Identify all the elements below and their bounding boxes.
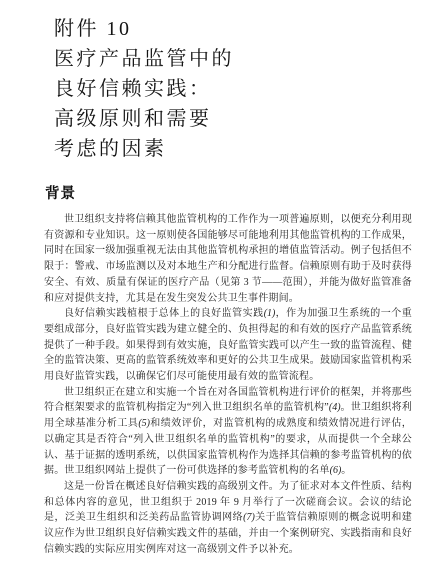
reference-number: (5) xyxy=(138,418,150,429)
title-line-4: 考虑的因素 xyxy=(54,134,412,164)
document-title: 附件 10 医疗产品监管中的 良好信赖实践： 高级原则和需要 考虑的因素 xyxy=(54,14,412,164)
text-segment: 。 xyxy=(341,465,351,476)
reference-number: (1) xyxy=(264,308,276,319)
document-page: 附件 10 医疗产品监管中的 良好信赖实践： 高级原则和需要 考虑的因素 背景 … xyxy=(0,0,448,578)
paragraph: 世卫组织支持将信赖其他监管机构的工作作为一项普遍原则，以便充分利用现有资源和专业… xyxy=(44,212,412,306)
body-text: 世卫组织支持将信赖其他监管机构的工作作为一项普遍原则，以便充分利用现有资源和专业… xyxy=(44,212,412,557)
reference-number: (6) xyxy=(330,465,342,476)
text-segment: ，作为加强卫生系统的一个重要组成部分，良好监管实践为建立健全的、负担得起的和有效… xyxy=(44,308,412,382)
annex-label: 附件 10 xyxy=(54,14,412,44)
title-line-1: 医疗产品监管中的 xyxy=(54,44,412,74)
reference-number: (7) xyxy=(243,512,255,523)
section-heading-background: 背景 xyxy=(45,185,412,203)
title-line-2: 良好信赖实践： xyxy=(54,74,412,104)
paragraph: 良好信赖实践植根于总体上的良好监管实践(1)，作为加强卫生系统的一个重要组成部分… xyxy=(44,306,412,385)
title-line-3: 高级原则和需要 xyxy=(54,104,412,134)
text-segment: 世卫组织支持将信赖其他监管机构的工作作为一项普遍原则，以便充分利用现有资源和专业… xyxy=(44,214,412,304)
reference-number: (4) xyxy=(329,402,341,413)
text-segment: 良好信赖实践植根于总体上的良好监管实践 xyxy=(64,308,264,319)
paragraph: 这是一份旨在概述良好信赖实践的高级别文件。为了征求对本文件性质、结构和总体内容的… xyxy=(44,479,412,558)
paragraph: 世卫组织正在建立和实施一个旨在对各国监管机构进行评价的框架，并将那些符合框架要求… xyxy=(44,385,412,479)
